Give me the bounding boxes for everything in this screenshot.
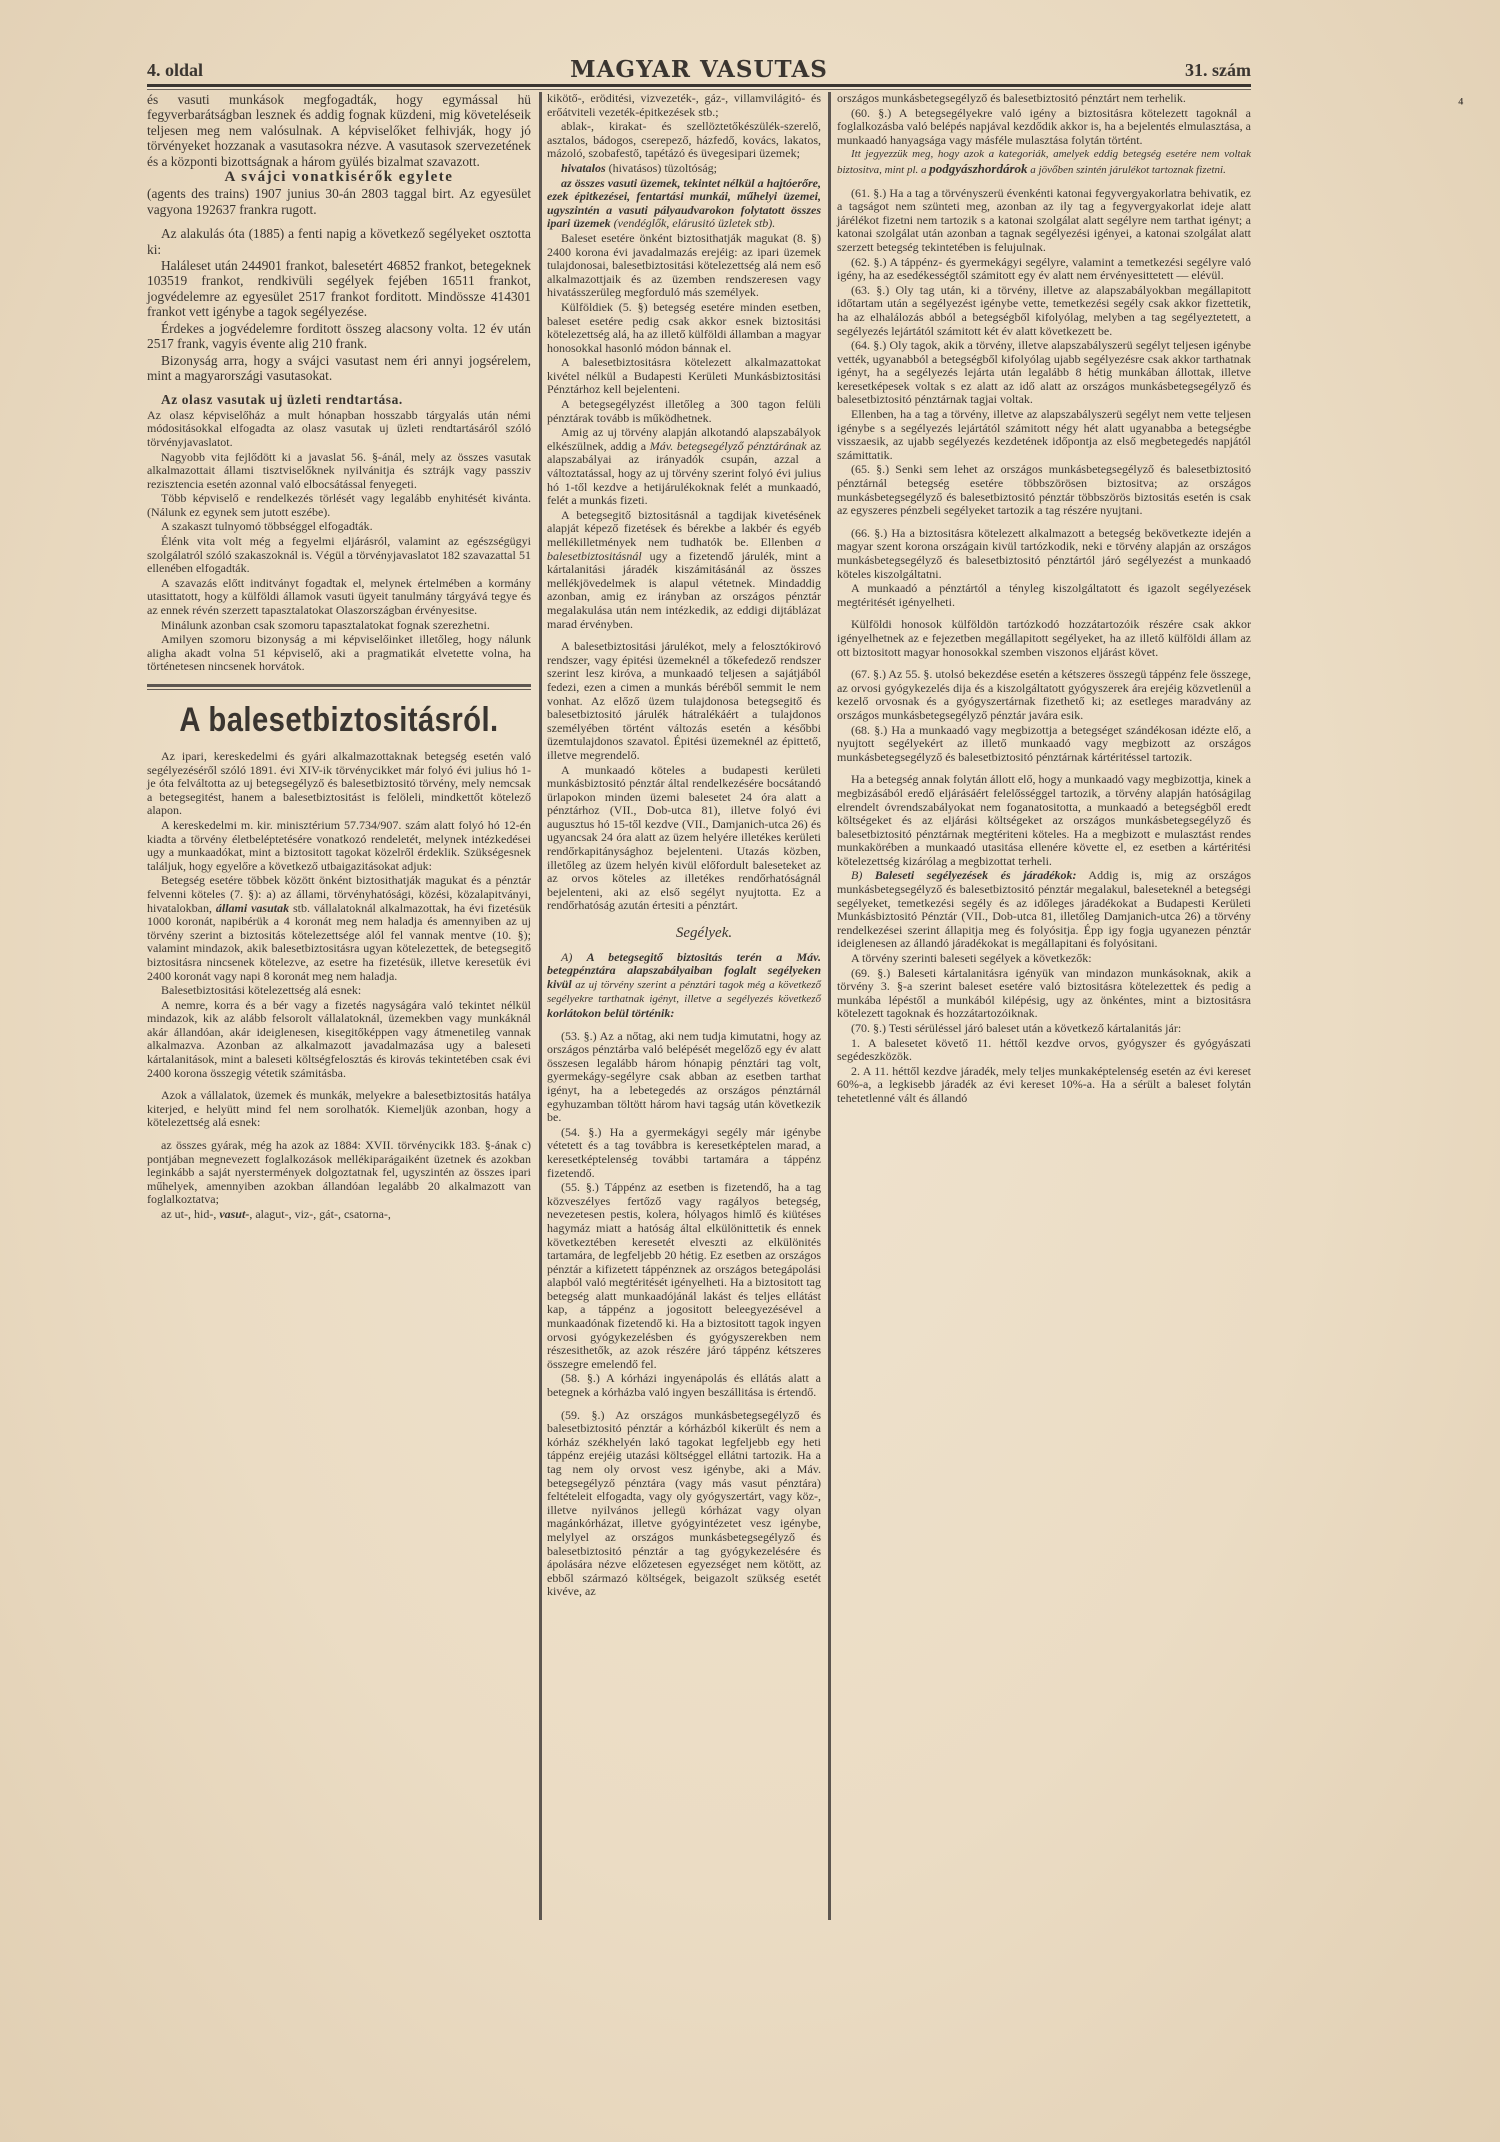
editor-note: Itt jegyezzük meg, hogy azok a kategoriá… [837,148,1251,177]
paragraph: Érdekes a jogvédelemre forditott összeg … [147,321,531,352]
column-middle: kikötő-, eröditési, vizvezeték-, gáz-, v… [547,92,821,1600]
margin-mark: ⁴ [1458,96,1464,114]
paragraph: Amilyen szomoru bizonyság a mi képviselő… [147,633,531,674]
paragraph: Élénk vita volt még a fegyelmi eljárásró… [147,535,531,576]
paragraph: Ha a betegség annak folytán állott elő, … [837,773,1251,868]
paragraph: A balesetbiztositásra kötelezett alkalma… [547,356,821,397]
paragraph: Betegség esetére többek között önként bi… [147,874,531,983]
paragraph: (60. §.) A betegsegélyekre való igény a … [837,107,1251,148]
paragraph: (53. §.) Az a nőtag, aki nem tudja kimut… [547,1030,821,1125]
paragraph: az összes gyárak, még ha azok az 1884: X… [147,1139,531,1207]
paragraph: Amig az uj törvény alapján alkotandó ala… [547,426,821,508]
paragraph: A kereskedelmi m. kir. minisztérium 57.7… [147,819,531,873]
paragraph: az ut-, hid-, vasut-, alagut-, viz-, gát… [147,1208,531,1222]
paragraph: (55. §.) Táppénz az esetben is fizetendő… [547,1181,821,1371]
article-title: A balesetbiztositásról. [174,700,504,740]
paragraph: Balesetbiztositási kötelezettség alá esn… [147,984,531,998]
paragraph: Bizonyság arra, hogy a svájci vasutast n… [147,353,531,384]
paragraph: kikötő-, eröditési, vizvezeték-, gáz-, v… [547,92,821,119]
paragraph: (58. §.) A kórházi ingyenápolás és ellát… [547,1372,821,1399]
column-rule [828,92,831,1920]
column-left: és vasuti munkások megfogadták, hogy egy… [147,92,531,1223]
newspaper-title: MAGYAR VASUTAS [147,56,1251,83]
paragraph: (62. §.) A táppénz- és gyermekágyi segél… [837,256,1251,283]
paragraph: B) Baleseti segélyezések és járadékok: A… [837,869,1251,951]
paragraph: Nagyobb vita fejlődött ki a javaslat 56.… [147,451,531,492]
paragraph: az összes vasuti üzemek, tekintet nélkül… [547,177,821,231]
paragraph: (59. §.) Az országos munkásbetegsegélyző… [547,1409,821,1599]
paragraph: (66. §.) Ha a biztositásra kötelezett al… [837,527,1251,581]
paragraph: Baleset esetére önként biztosithatják ma… [547,232,821,300]
paragraph: országos munkásbetegsegélyző és balesetb… [837,92,1251,106]
paragraph: Az ipari, kereskedelmi és gyári alkalmaz… [147,750,531,818]
masthead: 4. oldal MAGYAR VASUTAS 31. szám [147,60,1251,87]
paragraph: A betegsegélyzést illetőleg a 300 tagon … [547,398,821,425]
paragraph: A szakaszt tulnyomó többséggel elfogadtá… [147,520,531,534]
list-item: 1. A balesetet követő 11. héttől kezdve … [837,1037,1251,1064]
section-heading: A svájci vonatkisérők egylete [147,170,531,185]
paragraph: (54. §.) Ha a gyermekágyi segély már igé… [547,1126,821,1180]
subsection-title: Segélyek. [547,927,821,941]
paragraph: Több képviselő e rendelkezés törlését va… [147,492,531,519]
paragraph: (67. §.) Az 55. §. utolsó bekezdése eset… [837,668,1251,722]
column-right: országos munkásbetegsegélyző és balesetb… [837,92,1251,1107]
section-divider [147,684,531,690]
paragraph: (64. §.) Oly tagok, akik a törvény, ille… [837,339,1251,407]
paragraph: Az alakulás óta (1885) a fenti napig a k… [147,226,531,257]
column-rule [539,92,542,1920]
paragraph: Külföldiek (5. §) betegség esetére minde… [547,301,821,355]
paragraph: A balesetbiztositási járulékot, mely a f… [547,640,821,762]
paragraph: (63. §.) Oly tag után, ki a törvény, ill… [837,284,1251,338]
paragraph: és vasuti munkások megfogadták, hogy egy… [147,92,531,169]
paragraph: (65. §.) Senki sem lehet az országos mun… [837,463,1251,517]
issue-number: 31. szám [1185,60,1251,81]
list-item: 2. A 11. héttől kezdve járadék, mely tel… [837,1065,1251,1106]
paragraph: Az olasz képviselőház a mult hónapban ho… [147,409,531,450]
paragraph: A szavazás előtt inditványt fogadtak el,… [147,577,531,618]
newspaper-page: 4. oldal MAGYAR VASUTAS 31. szám és vasu… [147,60,1251,87]
columns: és vasuti munkások megfogadták, hogy egy… [147,92,1251,1972]
paragraph: Ellenben, ha a tag a törvény, illetve az… [837,408,1251,462]
paragraph: (70. §.) Testi sérüléssel járó baleset u… [837,1022,1251,1036]
section-heading: Az olasz vasutak uj üzleti rendtartása. [147,392,531,407]
paragraph: (agents des trains) 1907 junius 30-án 28… [147,186,531,217]
paragraph: A betegsegitő biztositásnál a tagdijak k… [547,509,821,631]
paragraph: A munkaadó a pénztártól a tényleg kiszol… [837,582,1251,609]
paragraph: A törvény szerinti baleseti segélyek a k… [837,952,1251,966]
paragraph: ablak-, kirakat- és szellöztetőkészülék-… [547,120,821,161]
paragraph: Azok a vállalatok, üzemek és munkák, mel… [147,1089,531,1130]
paragraph: hivatalos (hivatásos) tüzoltóság; [547,162,821,176]
paragraph: A nemre, korra és a bér vagy a fizetés n… [147,999,531,1081]
paragraph: Minálunk azonban csak szomoru tapasztala… [147,619,531,633]
paragraph: (69. §.) Baleseti kártalanitásra igényük… [837,967,1251,1021]
paragraph: (61. §.) Ha a tag a törvényszerü évenkén… [837,187,1251,255]
paragraph: Haláleset után 244901 frankot, balesetér… [147,258,531,320]
paragraph: A) A betegsegitő biztositás terén a Máv.… [547,951,821,1021]
paragraph: (68. §.) Ha a munkaadó vagy megbizottja … [837,724,1251,765]
paragraph: A munkaadó köteles a budapesti kerületi … [547,764,821,914]
paragraph: Külföldi honosok külföldön tartózkodó ho… [837,618,1251,659]
